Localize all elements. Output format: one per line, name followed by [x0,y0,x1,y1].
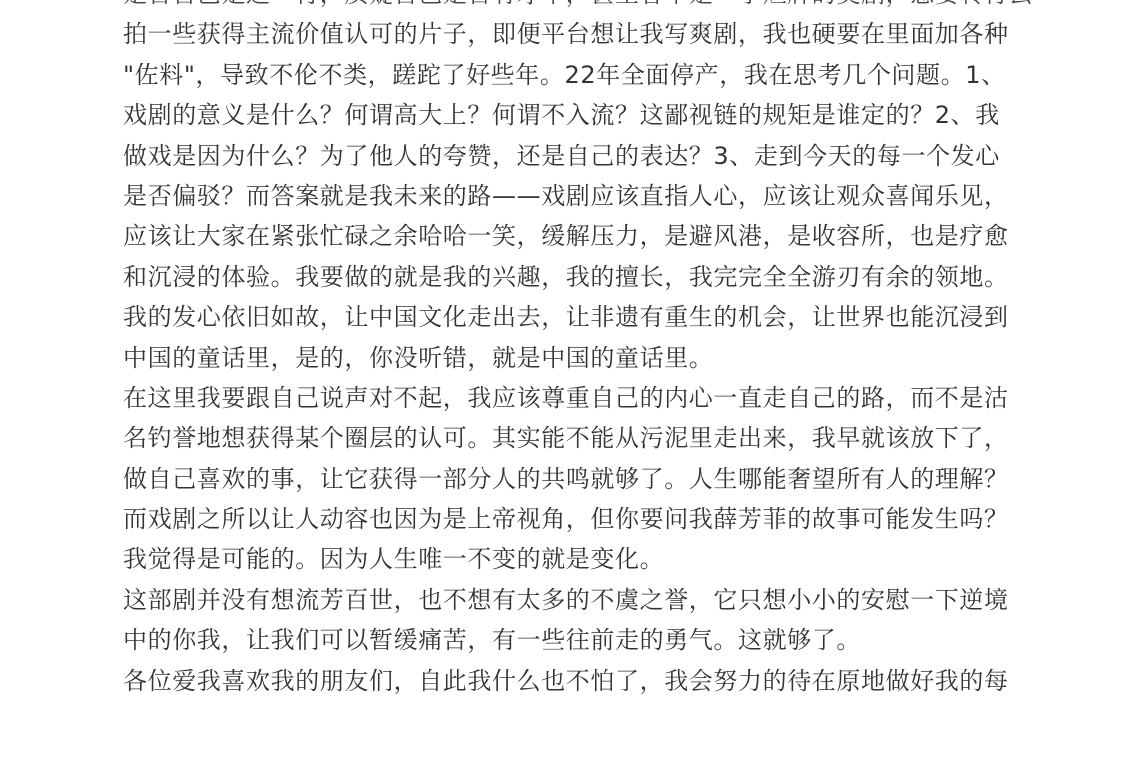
text-line: "佐料"，导致不伦不类，蹉跎了好些年。22年全面停产，我在思考几个问题。1、 [123,55,1123,95]
text-line: 做自己喜欢的事，让它获得一部分人的共鸣就够了。人生哪能奢望所有人的理解？ [123,459,1123,499]
article-text: 是否自己是这一行，质疑自己是否有才华，甚至曾不是一手烂牌的奚剧，想要转行去 拍一… [123,0,1123,741]
text-line: 在这里我要跟自己说声对不起，我应该尊重自己的内心一直走自己的路，而不是沽 [123,378,1123,418]
text-line: 这部剧并没有想流芳百世，也不想有太多的不虞之誉，它只想小小的安慰一下逆境 [123,580,1123,620]
text-line: 中国的童话里，是的，你没听错，就是中国的童话里。 [123,338,1123,378]
text-line: 中的你我，让我们可以暂缓痛苦，有一些往前走的勇气。这就够了。 [123,620,1123,660]
text-line-clipped: 是否自己是这一行，质疑自己是否有才华，甚至曾不是一手烂牌的奚剧，想要转行去 [123,0,1123,14]
text-line: 做戏是因为什么？为了他人的夸赞，还是自己的表达？3、走到今天的每一个发心 [123,136,1123,176]
text-line: 我觉得是可能的。因为人生唯一不变的就是变化。 [123,539,1123,579]
text-line: 名钓誉地想获得某个圈层的认可。其实能不能从污泥里走出来，我早就该放下了， [123,418,1123,458]
text-line: 戏剧的意义是什么？何谓高大上？何谓不入流？这鄙视链的规矩是谁定的？2、我 [123,95,1123,135]
text-line [123,701,1123,741]
text-line: 是否偏驳？而答案就是我未来的路——戏剧应该直指人心，应该让观众喜闻乐见， [123,176,1123,216]
document-page: 是否自己是这一行，质疑自己是否有才华，甚至曾不是一手烂牌的奚剧，想要转行去 拍一… [0,0,1140,760]
text-line: 而戏剧之所以让人动容也因为是上帝视角，但你要问我薛芳菲的故事可能发生吗？ [123,499,1123,539]
text-line: 我的发心依旧如故，让中国文化走出去，让非遗有重生的机会，让世界也能沉浸到 [123,297,1123,337]
text-line: 和沉浸的体验。我要做的就是我的兴趣，我的擅长，我完完全全游刃有余的领地。 [123,257,1123,297]
text-line: 拍一些获得主流价值认可的片子，即便平台想让我写爽剧，我也硬要在里面加各种 [123,14,1123,54]
text-line: 各位爱我喜欢我的朋友们，自此我什么也不怕了，我会努力的待在原地做好我的每 [123,661,1123,701]
text-line: 应该让大家在紧张忙碌之余哈哈一笑，缓解压力，是避风港，是收容所，也是疗愈 [123,216,1123,256]
